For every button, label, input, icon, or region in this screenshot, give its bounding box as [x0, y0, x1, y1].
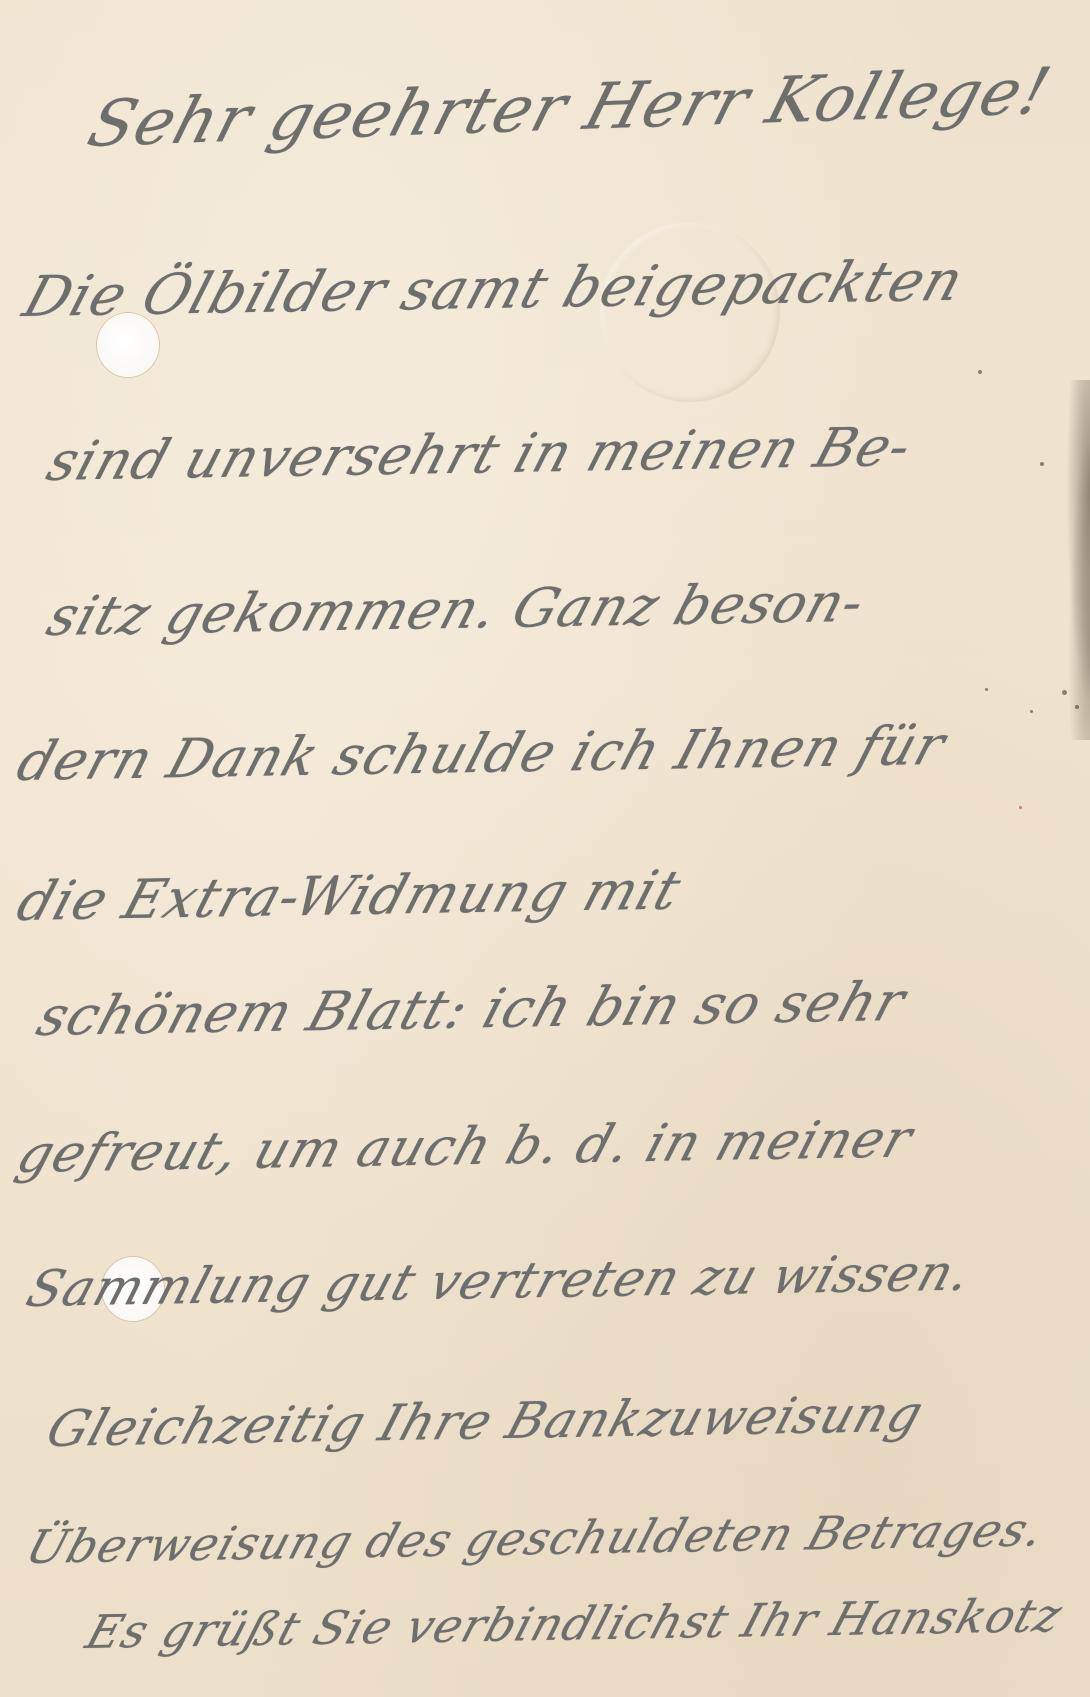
- letter-line: gefreut, um auch b. d. in meiner: [10, 1110, 920, 1185]
- letter-line: sind unversehrt in meinen Be-: [40, 415, 920, 493]
- letter-line: die Extra-Widmung mit: [10, 859, 689, 933]
- letter-closing-signature: Es grüßt Sie verbindlichst Ihr Hanskotz: [80, 1588, 1069, 1659]
- letter-line: sitz gekommen. Ganz beson-: [40, 571, 873, 648]
- letter-line: schönem Blatt: ich bin so sehr: [30, 970, 913, 1048]
- handwritten-letter: Sehr geehrter Herr Kollege! Die Ölbilder…: [0, 0, 1090, 1697]
- postcard: Sehr geehrter Herr Kollege! Die Ölbilder…: [0, 0, 1090, 1697]
- letter-line: Gleichzeitig Ihre Bankzuweisung: [40, 1385, 931, 1458]
- letter-line: Die Ölbilder samt beigepackten: [16, 249, 972, 330]
- letter-salutation: Sehr geehrter Herr Kollege!: [80, 55, 1059, 162]
- letter-line: Sammlung gut vertreten zu wissen.: [20, 1244, 979, 1318]
- letter-line: dern Dank schulde ich Ihnen für: [10, 714, 953, 793]
- letter-line: Überweisung des geschuldeten Betrages.: [20, 1502, 1051, 1574]
